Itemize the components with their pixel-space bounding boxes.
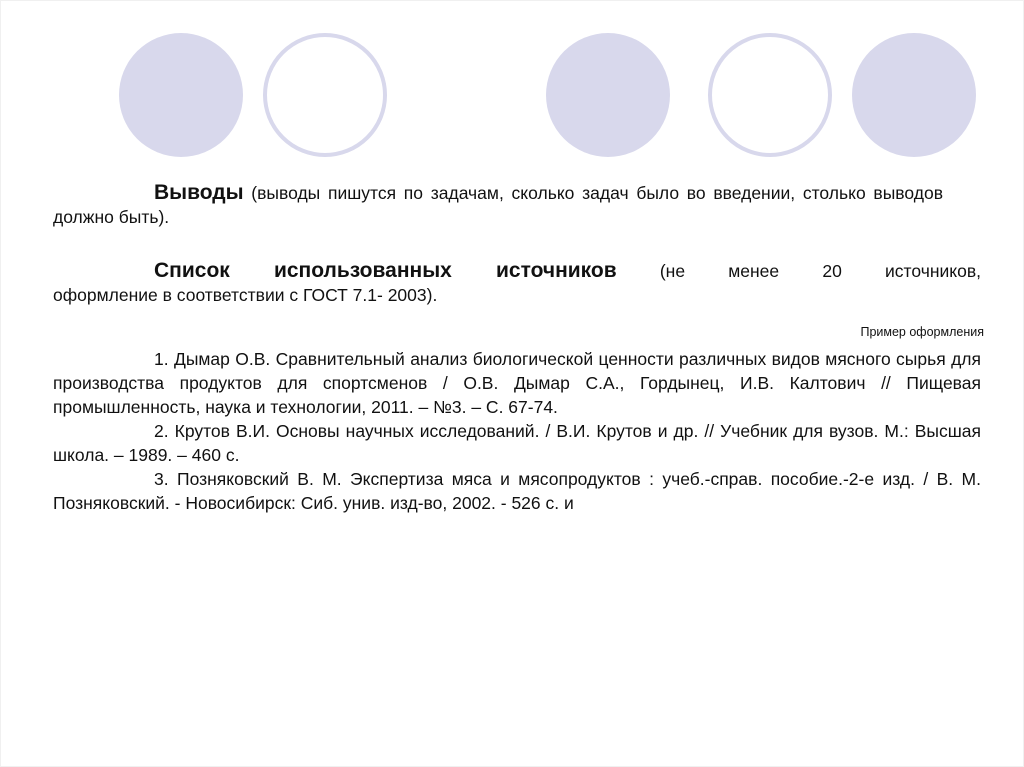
decor-circle-filled <box>546 33 670 157</box>
reference-item: 3. Позняковский В. М. Экспертиза мяса и … <box>53 467 981 515</box>
sources-text-line1: (не менее 20 источников, <box>617 261 981 281</box>
decor-circle-ring <box>263 33 387 157</box>
reference-item: 1. Дымар О.В. Сравнительный анализ биоло… <box>53 347 981 419</box>
conclusions-heading: Выводы <box>154 181 244 204</box>
sources-heading: Список использованных источников <box>154 259 617 282</box>
slide: Выводы (выводы пишутся по задачам, сколь… <box>0 0 1024 767</box>
decor-circle-ring <box>708 33 832 157</box>
reference-item: 2. Крутов В.И. Основы научных исследован… <box>53 419 981 467</box>
example-label: Пример оформления <box>860 320 984 344</box>
conclusions-paragraph: Выводы (выводы пишутся по задачам, сколь… <box>53 181 943 229</box>
sources-paragraph: Список использованных источников (не мен… <box>53 259 981 307</box>
decor-circle-filled <box>852 33 976 157</box>
sources-text-line2: оформление в соответствии с ГОСТ 7.1- 20… <box>53 285 437 305</box>
decor-circle-filled <box>119 33 243 157</box>
reference-list: 1. Дымар О.В. Сравнительный анализ биоло… <box>53 347 981 515</box>
